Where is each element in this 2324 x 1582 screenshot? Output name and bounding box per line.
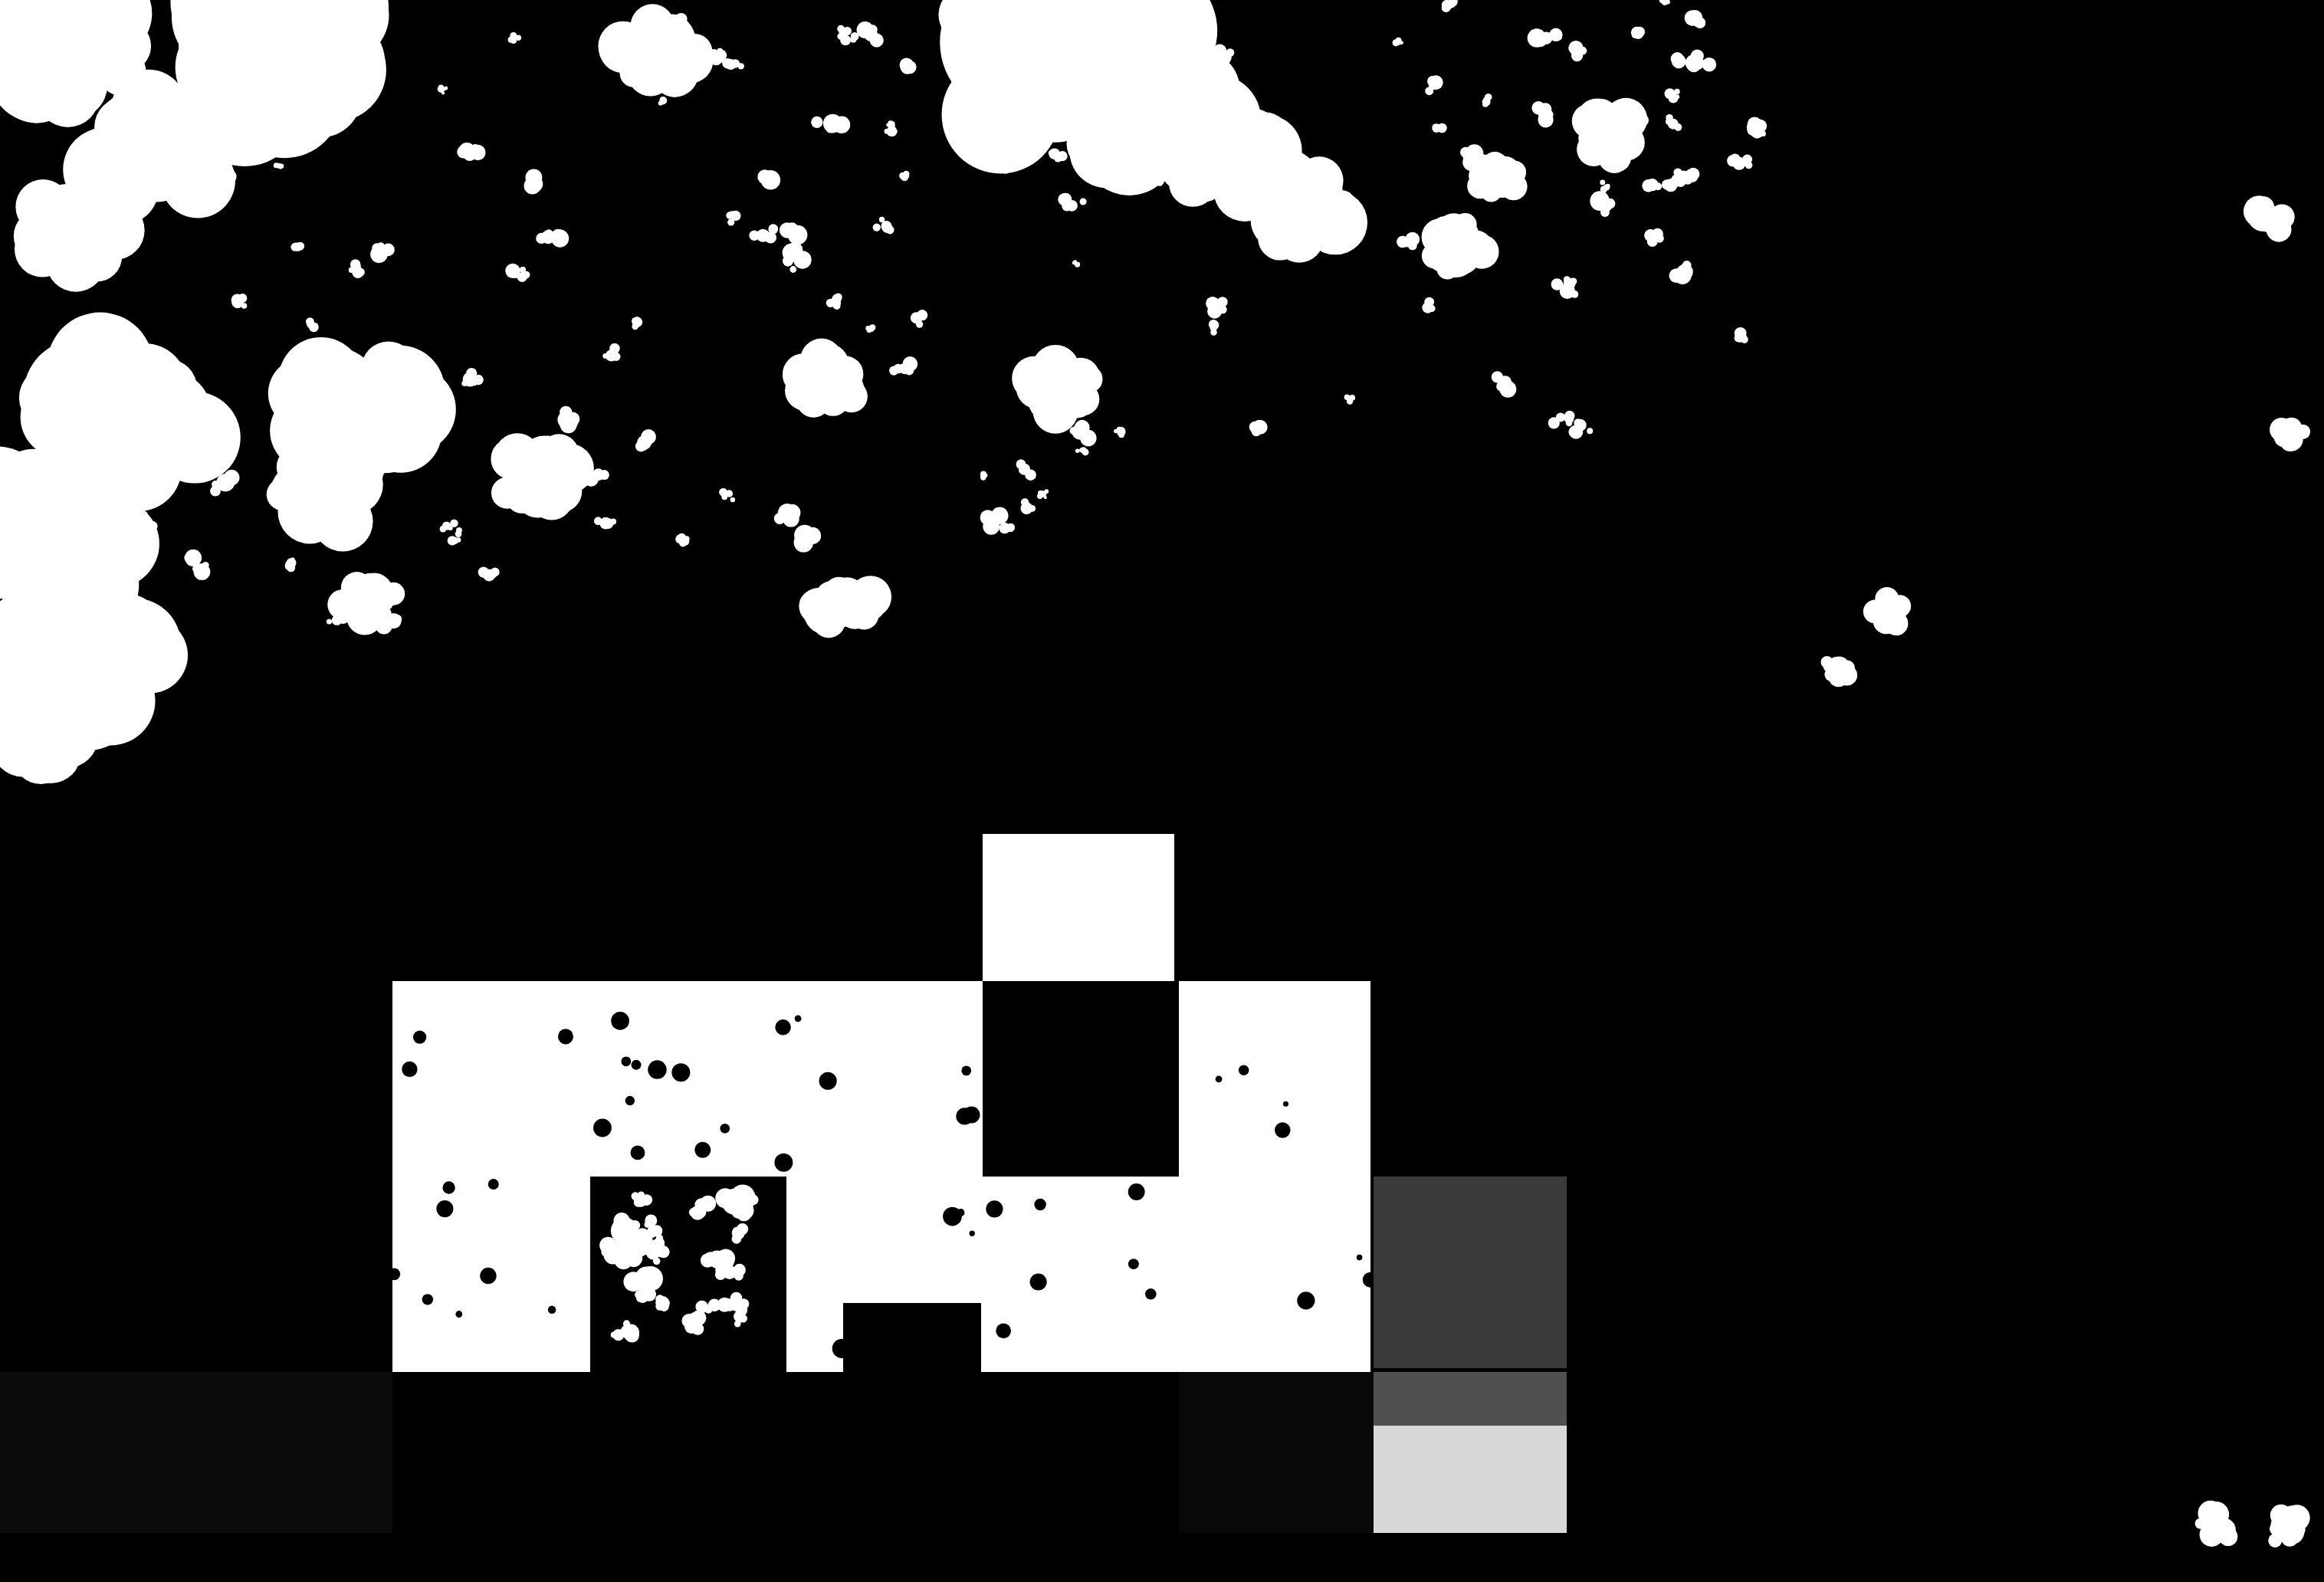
satellite-image — [0, 0, 2324, 1582]
